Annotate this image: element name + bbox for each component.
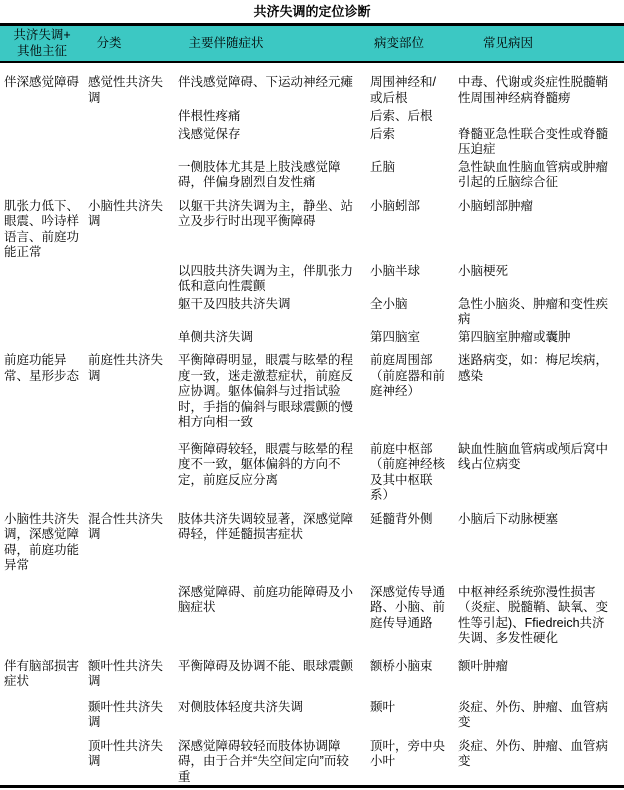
main-sign-cell: 伴深感觉障碍: [4, 75, 88, 91]
row-group-cerebellar: 肌张力低下、眼震、吟诗样语言、前庭功能正常 小脑性共济失调 以躯干共济失调为主，…: [4, 199, 624, 346]
diagnosis-table-page: 共济失调的定位诊断 共济失调+ 其他主征 分类 主要伴随症状 病变部位 常见病因…: [0, 0, 624, 790]
category-cell: 小脑性共济失调: [88, 199, 178, 230]
symptom-cell: 对侧肢体轻度共济失调: [178, 700, 370, 716]
site-cell: 第四脑室: [370, 330, 458, 346]
site-cell: 小脑蚓部: [370, 199, 458, 215]
column-header-sign: 共济失调+ 其他主征: [0, 28, 84, 59]
category-cell: 混合性共济失调: [88, 512, 178, 543]
cause-cell: 炎症、外伤、肿瘤、血管病变: [458, 700, 624, 731]
category-cell: 颞叶性共济失调: [88, 700, 178, 731]
table-row: 以四肢共济失调为主，伴肌张力低和意向性震颤 小脑半球 小脑梗死: [178, 264, 624, 295]
site-cell: 小脑半球: [370, 264, 458, 280]
main-sign-cell: 前庭功能异常、星形步态: [4, 353, 88, 384]
subrow-stack: 额叶性共济失调 平衡障碍及协调不能、眼球震颤 额桥小脑束 额叶肿瘤 颞叶性共济失…: [88, 659, 624, 786]
subrow-stack: 肢体共济失调较显著，深感觉障碍轻，伴延髓损害症状 延髓背外侧 小脑后下动脉梗塞 …: [178, 512, 624, 647]
site-cell: 前庭周围部（前庭器和前庭神经）: [370, 353, 458, 400]
site-cell: 颞叶: [370, 700, 458, 716]
symptom-cell: 以四肢共济失调为主，伴肌张力低和意向性震颤: [178, 264, 370, 295]
row-group-mixed: 小脑性共济失调，深感觉障碍，前庭功能异常 混合性共济失调 肢体共济失调较显著，深…: [4, 512, 624, 647]
cause-cell: 额叶肿瘤: [458, 659, 624, 675]
cause-cell: 小脑后下动脉梗塞: [458, 512, 624, 528]
site-cell: 后索、后根: [370, 109, 458, 125]
subrow-stack: 平衡障碍明显，眼震与眩晕的程度一致，迷走激惹症状，前庭反应协调。躯体偏斜与过指试…: [178, 353, 624, 504]
cause-cell: 小脑梗死: [458, 264, 624, 280]
column-header-site: 病变部位: [366, 36, 454, 52]
symptom-cell: 一侧肢体尤其是上肢浅感觉障碍，伴偏身剧烈自发性痛: [178, 160, 370, 191]
table-row: 以躯干共济失调为主，静坐、站立及步行时出现平衡障碍 小脑蚓部 小脑蚓部肿瘤: [178, 199, 624, 230]
table-row: 单侧共济失调 第四脑室 第四脑室肿瘤或囊肿: [178, 330, 624, 346]
subrow-stack: 以躯干共济失调为主，静坐、站立及步行时出现平衡障碍 小脑蚓部 小脑蚓部肿瘤 以四…: [178, 199, 624, 346]
category-cell: 顶叶性共济失调: [88, 739, 178, 770]
table-row: 浅感觉保存 后索 脊髓亚急性联合变性或脊髓压迫症: [178, 127, 624, 158]
cause-cell: 炎症、外伤、肿瘤、血管病变: [458, 739, 624, 770]
symptom-cell: 平衡障碍明显，眼震与眩晕的程度一致，迷走激惹症状，前庭反应协调。躯体偏斜与过指试…: [178, 353, 370, 431]
cause-cell: 小脑蚓部肿瘤: [458, 199, 624, 215]
site-cell: 顶叶，旁中央小叶: [370, 739, 458, 770]
cause-cell: 迷路病变，如：梅尼埃病，感染: [458, 353, 624, 384]
main-sign-cell: 伴有脑部损害症状: [4, 659, 88, 690]
site-cell: 前庭中枢部（前庭神经核及其中枢联系）: [370, 442, 458, 504]
main-sign-cell: 肌张力低下、眼震、吟诗样语言、前庭功能正常: [4, 199, 88, 261]
table-row: 平衡障碍较轻，眼震与眩晕的程度不一致，躯体偏斜的方向不定，前庭反应分离 前庭中枢…: [178, 442, 624, 504]
column-header-symptom: 主要伴随症状: [174, 36, 366, 52]
cause-cell: 中枢神经系统弥漫性损害（炎症、脱髓鞘、缺氧、变性等引起)、Ffiedreich共…: [458, 585, 624, 647]
table-row: 伴根性疼痛 后索、后根: [178, 109, 624, 125]
table-row: 平衡障碍明显，眼震与眩晕的程度一致，迷走激惹症状，前庭反应协调。躯体偏斜与过指试…: [178, 353, 624, 431]
symptom-cell: 以躯干共济失调为主，静坐、站立及步行时出现平衡障碍: [178, 199, 370, 230]
symptom-cell: 深感觉障碍较轻而肢体协调障碍，由于合并“失空间定向”而较重: [178, 739, 370, 786]
symptom-cell: 单侧共济失调: [178, 330, 370, 346]
category-cell: 前庭性共济失调: [88, 353, 178, 384]
table-row: 肢体共济失调较显著，深感觉障碍轻，伴延髓损害症状 延髓背外侧 小脑后下动脉梗塞: [178, 512, 624, 543]
symptom-cell: 浅感觉保存: [178, 127, 370, 143]
cause-cell: 急性小脑炎、肿瘤和变性疾病: [458, 297, 624, 328]
table-header-row: 共济失调+ 其他主征 分类 主要伴随症状 病变部位 常见病因: [0, 23, 624, 63]
site-cell: 全小脑: [370, 297, 458, 313]
table-row: 躯干及四肢共济失调 全小脑 急性小脑炎、肿瘤和变性疾病: [178, 297, 624, 328]
column-header-cause: 常见病因: [454, 36, 620, 52]
row-group-vestibular: 前庭功能异常、星形步态 前庭性共济失调 平衡障碍明显，眼震与眩晕的程度一致，迷走…: [4, 353, 624, 504]
table-row: 伴浅感觉障碍、下运动神经元瘫 周围神经和/或后根 中毒、代谢或炎症性脱髓鞘性周围…: [178, 75, 624, 106]
table-row: 一侧肢体尤其是上肢浅感觉障碍，伴偏身剧烈自发性痛 丘脑 急性缺血性脑血管病或肿瘤…: [178, 160, 624, 191]
site-cell: 周围神经和/或后根: [370, 75, 458, 106]
column-header-category: 分类: [84, 36, 174, 52]
symptom-cell: 伴浅感觉障碍、下运动神经元瘫: [178, 75, 370, 91]
table-body: 伴深感觉障碍 感觉性共济失调 伴浅感觉障碍、下运动神经元瘫 周围神经和/或后根 …: [0, 63, 624, 788]
cause-cell: 急性缺血性脑血管病或肿瘤引起的丘脑综合征: [458, 160, 624, 191]
page-title: 共济失调的定位诊断: [0, 0, 624, 23]
table-row: 颞叶性共济失调 对侧肢体轻度共济失调 颞叶 炎症、外伤、肿瘤、血管病变: [88, 700, 624, 731]
site-cell: 丘脑: [370, 160, 458, 176]
cause-cell: 脊髓亚急性联合变性或脊髓压迫症: [458, 127, 624, 158]
cause-cell: 中毒、代谢或炎症性脱髓鞘性周围神经病脊髓痨: [458, 75, 624, 106]
symptom-cell: 伴根性疼痛: [178, 109, 370, 125]
site-cell: 延髓背外侧: [370, 512, 458, 528]
site-cell: 后索: [370, 127, 458, 143]
row-group-sensory: 伴深感觉障碍 感觉性共济失调 伴浅感觉障碍、下运动神经元瘫 周围神经和/或后根 …: [4, 75, 624, 191]
symptom-cell: 躯干及四肢共济失调: [178, 297, 370, 313]
table-row: 深感觉障碍、前庭功能障碍及小脑症状 深感觉传导通路、小脑、前庭传导通路 中枢神经…: [178, 585, 624, 647]
cause-cell: 缺血性脑血管病或颅后窝中线占位病变: [458, 442, 624, 473]
symptom-cell: 平衡障碍及协调不能、眼球震颤: [178, 659, 370, 675]
category-cell: 感觉性共济失调: [88, 75, 178, 106]
site-cell: 额桥小脑束: [370, 659, 458, 675]
cause-cell: 第四脑室肿瘤或囊肿: [458, 330, 624, 346]
site-cell: 深感觉传导通路、小脑、前庭传导通路: [370, 585, 458, 632]
symptom-cell: 平衡障碍较轻，眼震与眩晕的程度不一致，躯体偏斜的方向不定，前庭反应分离: [178, 442, 370, 489]
subrow-stack: 伴浅感觉障碍、下运动神经元瘫 周围神经和/或后根 中毒、代谢或炎症性脱髓鞘性周围…: [178, 75, 624, 191]
row-group-cerebral: 伴有脑部损害症状 额叶性共济失调 平衡障碍及协调不能、眼球震颤 额桥小脑束 额叶…: [4, 659, 624, 786]
category-cell: 额叶性共济失调: [88, 659, 178, 690]
main-sign-cell: 小脑性共济失调，深感觉障碍，前庭功能异常: [4, 512, 88, 574]
table-row: 顶叶性共济失调 深感觉障碍较轻而肢体协调障碍，由于合并“失空间定向”而较重 顶叶…: [88, 739, 624, 786]
symptom-cell: 肢体共济失调较显著，深感觉障碍轻，伴延髓损害症状: [178, 512, 370, 543]
symptom-cell: 深感觉障碍、前庭功能障碍及小脑症状: [178, 585, 370, 616]
table-row: 额叶性共济失调 平衡障碍及协调不能、眼球震颤 额桥小脑束 额叶肿瘤: [88, 659, 624, 690]
